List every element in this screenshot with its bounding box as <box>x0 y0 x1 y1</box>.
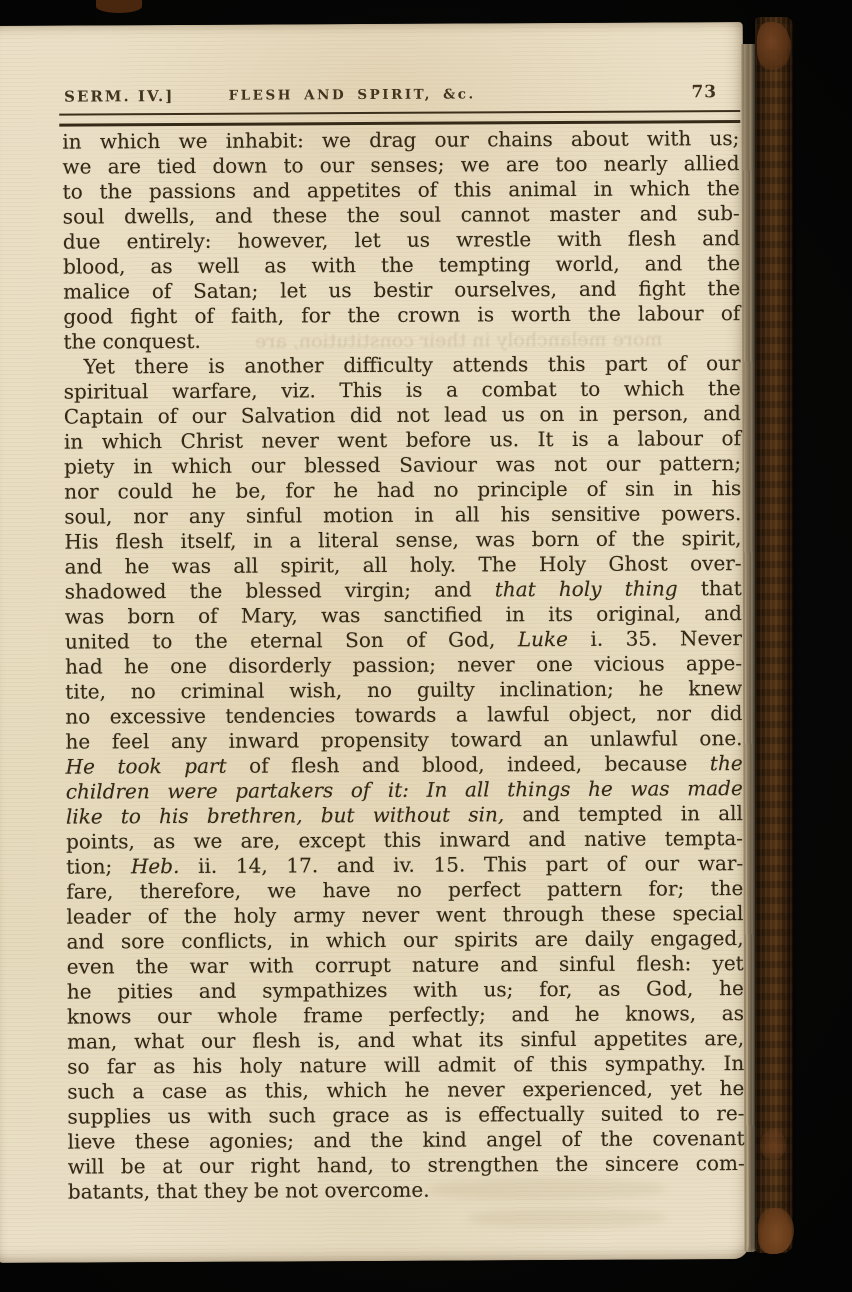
text-line: malice of Satan; let us bestir ourselves… <box>63 276 740 305</box>
text-line: even the war with corrupt nature and sin… <box>67 951 744 980</box>
text-line: and sore conflicts, in which our spirits… <box>66 926 743 955</box>
book-cover-edge <box>755 17 793 1253</box>
text-line: in which we inhabit: we drag our chains … <box>62 126 739 155</box>
text-line: leader of the holy army never went throu… <box>66 901 743 930</box>
text-line: soul, nor any sinful motion in all his s… <box>64 501 741 530</box>
text-line: will be at our right hand, to strengthen… <box>68 1151 745 1180</box>
text-line: united to the eternal Son of God, Luke i… <box>65 626 742 655</box>
text-line: to the passions and appetites of this an… <box>63 176 740 205</box>
text-line: such a case as this, which he never expe… <box>67 1076 744 1105</box>
text-line: His flesh itself, in a literal sense, wa… <box>64 526 741 555</box>
bleedthrough-smudge <box>467 1207 667 1228</box>
header-rule <box>59 110 740 127</box>
text-line: tite, no criminal wish, no guilty inclin… <box>65 676 742 705</box>
running-header: SERM. IV.] FLESH AND SPIRIT, &c. 73 <box>62 82 739 108</box>
text-line: had he one disorderly passion; never one… <box>65 651 742 680</box>
text-line: fare, therefore, we have no perfect patt… <box>66 876 743 905</box>
text-line: blood, as well as with the tempting worl… <box>63 251 740 280</box>
text-line: we are tied down to our senses; we are t… <box>62 151 739 180</box>
cover-worn-corner <box>757 22 791 70</box>
sermon-number: SERM. IV.] <box>64 87 174 106</box>
running-header-title: FLESH AND SPIRIT, &c. <box>229 86 476 103</box>
text-line: lieve these agonies; and the kind angel … <box>68 1126 745 1155</box>
text-line: He took part of flesh and blood, indeed,… <box>66 751 743 780</box>
text-line: spiritual warfare, viz. This is a combat… <box>64 376 741 405</box>
text-line: good fight of faith, for the crown is wo… <box>63 301 740 330</box>
text-line: he feel any inward propensity toward an … <box>65 726 742 755</box>
text-line: and he was all spirit, all holy. The Hol… <box>65 551 742 580</box>
text-line: knows our whole frame perfectly; and he … <box>67 1001 744 1030</box>
text-line: Captain of our Salvation did not lead us… <box>64 401 741 430</box>
text-line: no excessive tendencies towards a lawful… <box>65 701 742 730</box>
bleedthrough-text: more melancholy in their constitution, a… <box>142 327 662 355</box>
text-line: soul dwells, and these the soul cannot m… <box>63 201 740 230</box>
text-line: due entirely: however, let us wrestle wi… <box>63 226 740 255</box>
page-number: 73 <box>691 82 717 102</box>
body-text: in which we inhabit: we drag our chains … <box>62 126 745 1205</box>
debris-fleck <box>96 0 142 13</box>
book-page: SERM. IV.] FLESH AND SPIRIT, &c. 73 in w… <box>0 22 749 1263</box>
text-line: piety in which our blessed Saviour was n… <box>64 451 741 480</box>
text-line: Yet there is another difficulty attends … <box>63 351 740 380</box>
text-line: man, what our flesh is, and what its sin… <box>67 1026 744 1055</box>
text-line: points, as we are, except this inward an… <box>66 826 743 855</box>
text-line: tion; Heb. ii. 14, 17. and iv. 15. This … <box>66 851 743 880</box>
text-line: shadowed the blessed virgin; and that ho… <box>65 576 742 605</box>
text-line: children were partakers of it: In all th… <box>66 776 743 805</box>
text-line: supplies us with such grace as is effect… <box>67 1101 744 1130</box>
text-line: was born of Mary, was sanctified in its … <box>65 601 742 630</box>
text-line: so far as his holy nature will admit of … <box>67 1051 744 1080</box>
text-line: like to his brethren, but without sin, a… <box>66 801 743 830</box>
text-line: nor could he be, for he had no principle… <box>64 476 741 505</box>
text-line: he pities and sympathizes with us; for, … <box>67 976 744 1005</box>
text-line: in which Christ never went before us. It… <box>64 426 741 455</box>
cover-worn-patch <box>760 1130 786 1160</box>
